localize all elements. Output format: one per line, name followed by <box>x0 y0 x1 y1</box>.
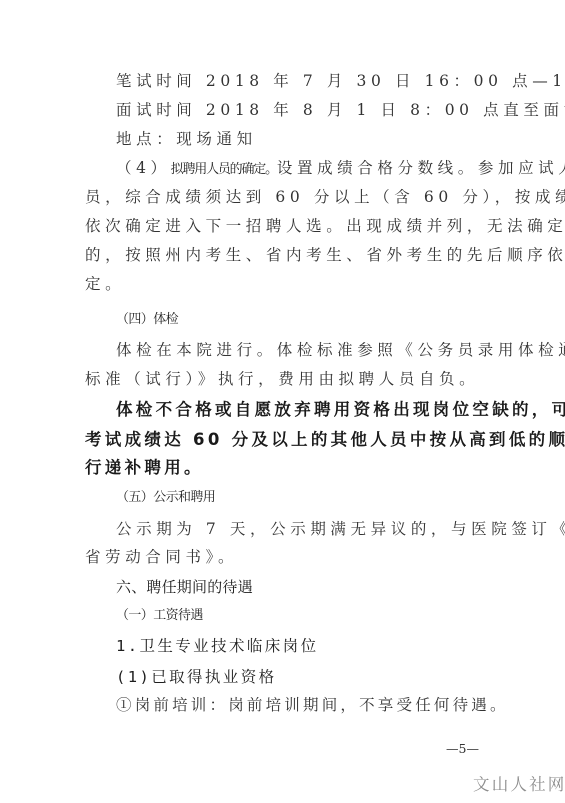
page-number: —5— <box>446 741 479 756</box>
paragraph-line: 体检在本院进行。体检标准参照《公务员录用体检通用 <box>116 339 486 361</box>
exam-location: 地点：现场通知 <box>116 128 486 150</box>
document-page: 笔试时间 2018 年 7 月 30 日 16：00 点—17：30 点 面试时… <box>0 0 565 803</box>
bold-paragraph-line: 行递补聘用。 <box>85 457 485 479</box>
paragraph-text: 设置成绩合格分数线。参加应试人 <box>277 159 565 177</box>
paragraph-line: 标准（试行）》执行，费用由拟聘人员自负。 <box>85 368 485 390</box>
paragraph-line: 定。 <box>85 273 485 295</box>
paragraph-line: 员，综合成绩须达到 60 分以上（含 60 分），按成绩从高到低 <box>85 186 485 208</box>
subsection-title-qualified: (1)已取得执业资格 <box>116 666 486 688</box>
exam-interview-time: 面试时间 2018 年 8 月 1 日 8：00 点直至面试结束。 <box>116 99 486 121</box>
paragraph-line: 依次确定进入下一招聘人选。出现成绩并列，无法确定人选 <box>85 215 485 237</box>
item-heading: 拟聘用人员的确定。 <box>171 162 277 177</box>
watermark: 文山人社网 <box>473 771 565 795</box>
paragraph-line: 省劳动合同书》。 <box>85 546 485 568</box>
section-heading-physical-exam: （四）体检 <box>116 309 486 331</box>
paragraph-line: 公示期为 7 天，公示期满无异议的，与医院签订《云南 <box>116 518 486 540</box>
paragraph-line: ①岗前培训：岗前培训期间，不享受任何待遇。 <box>116 694 486 716</box>
exam-written-time: 笔试时间 2018 年 7 月 30 日 16：00 点—17：30 点 <box>116 70 486 92</box>
section-heading-salary: （一）工资待遇 <box>116 605 486 627</box>
bold-paragraph-line: 考试成绩达 60 分及以上的其他人员中按从高到低的顺序进 <box>85 429 485 451</box>
section-title-benefits: 六、聘任期间的待遇 <box>116 576 486 598</box>
item-number: （4） <box>116 159 171 177</box>
bold-paragraph-line: 体检不合格或自愿放弃聘用资格出现岗位空缺的，可在 <box>116 399 486 421</box>
subsection-title-clinical: 1.卫生专业技术临床岗位 <box>116 635 486 657</box>
hire-determination-paragraph: （4）拟聘用人员的确定。设置成绩合格分数线。参加应试人 <box>116 157 486 179</box>
section-heading-publicity: （五）公示和聘用 <box>116 487 486 509</box>
paragraph-line: 的，按照州内考生、省内考生、省外考生的先后顺序依次确 <box>85 244 485 266</box>
